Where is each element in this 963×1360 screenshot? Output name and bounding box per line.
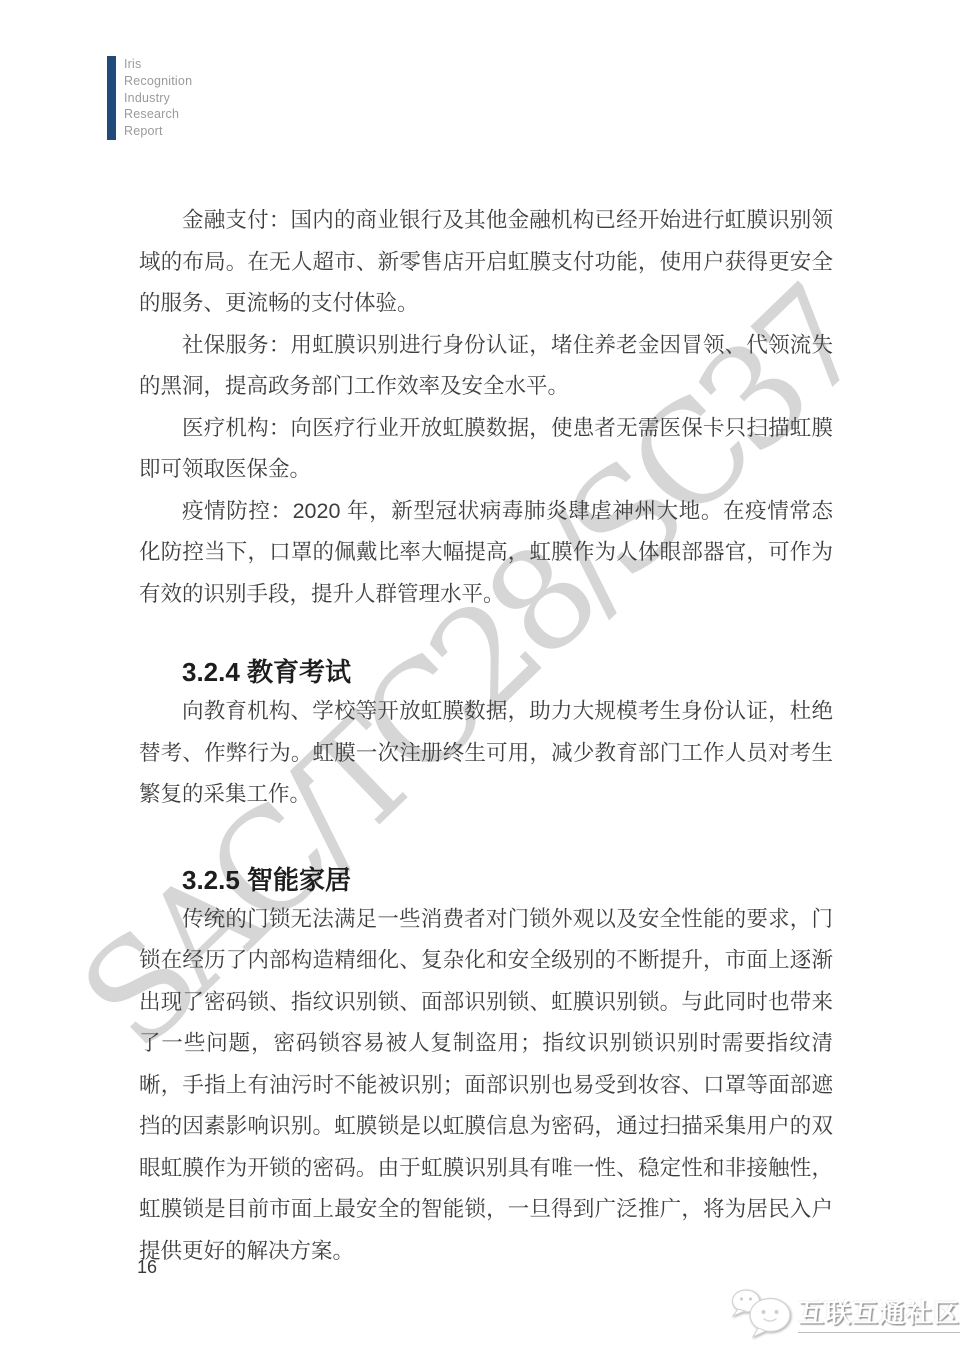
chat-bubbles-icon (728, 1286, 796, 1340)
brand-line: Iris (124, 56, 192, 73)
document-page: SAC/TC28/SC37 Iris Recognition Industry … (0, 0, 963, 1360)
page-number: 16 (137, 1256, 157, 1278)
brand-line: Report (124, 123, 192, 140)
report-brand: Iris Recognition Industry Research Repor… (107, 56, 192, 140)
brand-line: Industry (124, 90, 192, 107)
community-name: 互联互通社区 (798, 1293, 960, 1333)
paragraph-medical-institution: 医疗机构：向医疗行业开放虹膜数据，使患者无需医保卡只扫描虹膜即可领取医保金。 (139, 408, 833, 491)
section-heading-3-2-4: 3.2.4 教育考试 (139, 653, 833, 691)
paragraph-social-security: 社保服务：用虹膜识别进行身份认证，堵住养老金因冒领、代领流失的黑洞，提高政务部门… (139, 325, 833, 408)
brand-line: Recognition (124, 73, 192, 90)
brand-line: Research (124, 106, 192, 123)
paragraph-epidemic-control: 疫情防控：2020 年，新型冠状病毒肺炎肆虐神州大地。在疫情常态化防控当下，口罩… (139, 491, 833, 616)
community-brand: 互联互通社区 (728, 1286, 960, 1340)
section-heading-3-2-5: 3.2.5 智能家居 (139, 861, 833, 899)
brand-accent-bar (107, 56, 116, 140)
brand-text: Iris Recognition Industry Research Repor… (124, 56, 192, 140)
document-body: 金融支付：国内的商业银行及其他金融机构已经开始进行虹膜识别领域的布局。在无人超市… (139, 200, 833, 1272)
paragraph-education-exam: 向教育机构、学校等开放虹膜数据，助力大规模考生身份认证，杜绝替考、作弊行为。虹膜… (139, 691, 833, 816)
paragraph-smart-home: 传统的门锁无法满足一些消费者对门锁外观以及安全性能的要求，门锁在经历了内部构造精… (139, 899, 833, 1273)
paragraph-finance-payment: 金融支付：国内的商业银行及其他金融机构已经开始进行虹膜识别领域的布局。在无人超市… (139, 200, 833, 325)
